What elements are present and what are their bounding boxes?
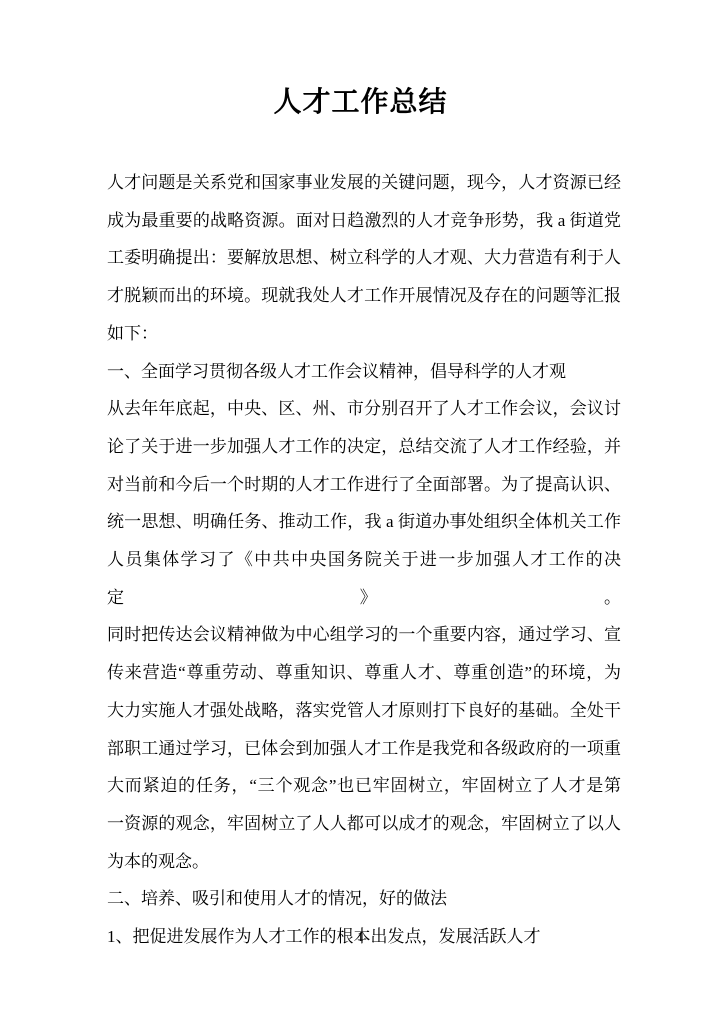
text-line: 成为最重要的战略资源。面对日趋激烈的人才竞争形势，我 a 街道党 — [107, 202, 621, 240]
document-title: 人才工作总结 — [0, 87, 721, 119]
page-number: 1 — [0, 928, 721, 946]
text-line: 部职工通过学习，已体会到加强人才工作是我党和各级政府的一项重 — [107, 730, 621, 768]
text-line: 工委明确提出：要解放思想、树立科学的人才观、大力营造有利于人 — [107, 239, 621, 277]
text-line: 大力实施人才强处战略，落实党管人才原则打下良好的基础。全处干 — [107, 692, 621, 730]
text-line: 从去年年底起，中央、区、州、市分别召开了人才工作会议，会议讨 — [107, 390, 621, 428]
text-line: 一资源的观念，牢固树立了人人都可以成才的观念，牢固树立了以人 — [107, 805, 621, 843]
document-body: 人才问题是关系党和国家事业发展的关键问题，现今，人才资源已经成为最重要的战略资源… — [107, 164, 621, 956]
text-line: 为本的观念。 — [107, 843, 621, 881]
text-line: 人员集体学习了《中共中央国务院关于进一步加强人才工作的决定》。 — [107, 541, 621, 616]
document-page: 人才工作总结 人才问题是关系党和国家事业发展的关键问题，现今，人才资源已经成为最… — [0, 0, 721, 1020]
text-line: 统一思想、明确任务、推动工作，我 a 街道办事处组织全体机关工作 — [107, 503, 621, 541]
text-line: 大而紧迫的任务，“三个观念”也已牢固树立，牢固树立了人才是第 — [107, 767, 621, 805]
text-line: 如下： — [107, 315, 621, 353]
text-line: 对当前和今后一个时期的人才工作进行了全面部署。为了提高认识、 — [107, 466, 621, 504]
text-line: 才脱颖而出的环境。现就我处人才工作开展情况及存在的问题等汇报 — [107, 277, 621, 315]
text-line: 同时把传达会议精神做为中心组学习的一个重要内容，通过学习、宣 — [107, 616, 621, 654]
text-line: 传来营造“尊重劳动、尊重知识、尊重人才、尊重创造”的环境，为 — [107, 654, 621, 692]
text-line: 人才问题是关系党和国家事业发展的关键问题，现今，人才资源已经 — [107, 164, 621, 202]
text-line: 论了关于进一步加强人才工作的决定，总结交流了人才工作经验，并 — [107, 428, 621, 466]
text-line: 二、培养、吸引和使用人才的情况，好的做法 — [107, 880, 621, 918]
text-line: 一、全面学习贯彻各级人才工作会议精神，倡导科学的人才观 — [107, 353, 621, 391]
